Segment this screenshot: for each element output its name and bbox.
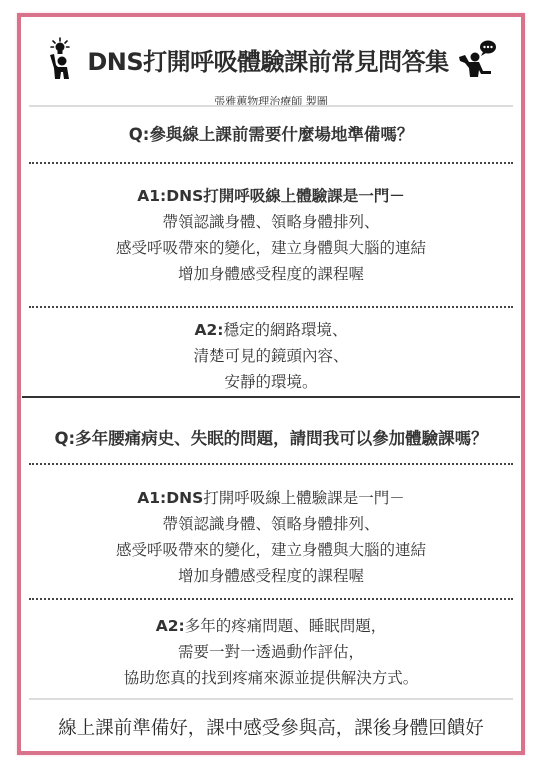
divider [29, 698, 513, 700]
faq-question-2: Q:多年腰痛病史、失眠的問題，請問我可以參加體驗課嗎？ [21, 425, 521, 449]
dotted-divider [29, 162, 513, 164]
answer-lead-rest: 穩定的網路環境、 [223, 321, 347, 339]
page-title: DNS打開呼吸體驗課前常見問答集 [87, 42, 448, 77]
dotted-divider [29, 463, 513, 465]
faq-question-1: Q:參與線上課前需要什麼場地準備嗎？ [21, 121, 521, 145]
faq-2-answer-2: A2:多年的疼痛問題、睡眠問題， 需要一對一透過動作評估， 協助您真的找到疼痛來… [21, 613, 521, 691]
answer-line: 帶領認識身體、領略身體排列、 [21, 511, 521, 537]
divider [29, 105, 513, 107]
answer-lead: A1:DNS打開呼吸線上體驗課是一門－ [21, 183, 521, 209]
faq-1-answer-2: A2:穩定的網路環境、 清楚可見的鏡頭內容、 安靜的環境。 [21, 317, 521, 395]
answer-lead-line: A2:穩定的網路環境、 [21, 317, 521, 343]
answer-line: 增加身體感受程度的課程喔 [21, 261, 521, 287]
answer-line: 協助您真的找到疼痛來源並提供解決方式。 [21, 665, 521, 691]
person-speech-bubble-icon [457, 37, 497, 81]
section-divider [22, 396, 520, 398]
faq-1-answer-1: A1:DNS打開呼吸線上體驗課是一門－ 帶領認識身體、領略身體排列、 感受呼吸帶… [21, 183, 521, 287]
answer-lead-rest: 打開呼吸線上體驗課是一門－ [203, 489, 405, 507]
faq-card: DNS打開呼吸體驗課前常見問答集 張雅蕙物理治療師 製圖 Q:參與線上課前需要什… [17, 13, 525, 755]
answer-lead-rest: 多年的疼痛問題、睡眠問題， [185, 617, 387, 635]
answer-lead: A2: [156, 617, 185, 635]
dotted-divider [29, 306, 513, 308]
dotted-divider [29, 598, 513, 600]
answer-line: 帶領認識身體、領略身體排列、 [21, 209, 521, 235]
answer-line: 清楚可見的鏡頭內容、 [21, 343, 521, 369]
header: DNS打開呼吸體驗課前常見問答集 [21, 37, 521, 81]
faq-2-answer-1: A1:DNS打開呼吸線上體驗課是一門－ 帶領認識身體、領略身體排列、 感受呼吸帶… [21, 485, 521, 589]
answer-line: 安靜的環境。 [21, 369, 521, 395]
answer-lead-line: A2:多年的疼痛問題、睡眠問題， [21, 613, 521, 639]
answer-line: 增加身體感受程度的課程喔 [21, 563, 521, 589]
answer-line: 感受呼吸帶來的變化，建立身體與大腦的連結 [21, 235, 521, 261]
answer-lead: A2: [195, 321, 224, 339]
footer-slogan: 線上課前準備好，課中感受參與高，課後身體回饋好 [21, 714, 521, 740]
person-lightbulb-icon [45, 37, 79, 81]
answer-lead: A1:DNS [137, 489, 203, 507]
answer-line: 需要一對一透過動作評估， [21, 639, 521, 665]
answer-line: 感受呼吸帶來的變化，建立身體與大腦的連結 [21, 537, 521, 563]
answer-lead-line: A1:DNS打開呼吸線上體驗課是一門－ [21, 485, 521, 511]
